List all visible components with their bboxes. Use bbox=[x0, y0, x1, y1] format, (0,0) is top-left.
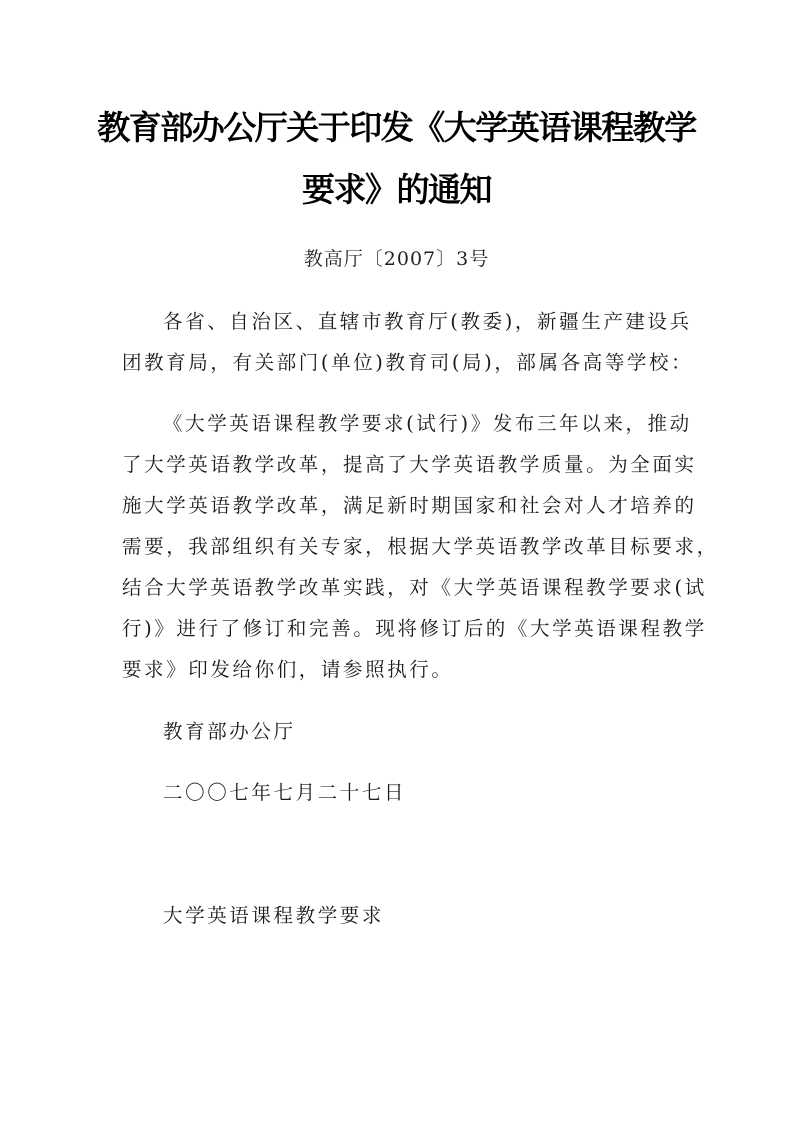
body-line-7: 要求》印发给你们，请参照执行。 bbox=[122, 656, 678, 684]
document-title-line-1: 教育部办公厅关于印发《大学英语课程教学 bbox=[0, 108, 793, 148]
body-line-3: 施大学英语教学改革，满足新时期国家和社会对人才培养的 bbox=[122, 492, 678, 520]
body-line-6: 行)》进行了修订和完善。现将修订后的《大学英语课程教学 bbox=[122, 615, 678, 643]
date: 二〇〇七年七月二十七日 bbox=[163, 779, 678, 807]
addressee-line-1: 各省、自治区、直辖市教育厅(教委)，新疆生产建设兵 bbox=[163, 308, 678, 336]
addressee-line-2: 团教育局，有关部门(单位)教育司(局)，部属各高等学校： bbox=[122, 349, 678, 377]
document-title-line-2: 要求》的通知 bbox=[0, 170, 793, 210]
document-page: 教育部办公厅关于印发《大学英语课程教学 要求》的通知 教高厅〔2007〕3号 各… bbox=[0, 0, 793, 1122]
body-line-1: 《大学英语课程教学要求(试行)》发布三年以来，推动 bbox=[163, 410, 678, 438]
body-line-5: 结合大学英语教学改革实践，对《大学英语课程教学要求(试 bbox=[122, 574, 678, 602]
attachment-title: 大学英语课程教学要求 bbox=[163, 902, 678, 930]
body-line-2: 了大学英语教学改革，提高了大学英语教学质量。为全面实 bbox=[122, 451, 678, 479]
body-line-4: 需要，我部组织有关专家，根据大学英语教学改革目标要求， bbox=[122, 533, 678, 561]
signature: 教育部办公厅 bbox=[163, 718, 678, 746]
document-number: 教高厅〔2007〕3号 bbox=[0, 246, 793, 272]
